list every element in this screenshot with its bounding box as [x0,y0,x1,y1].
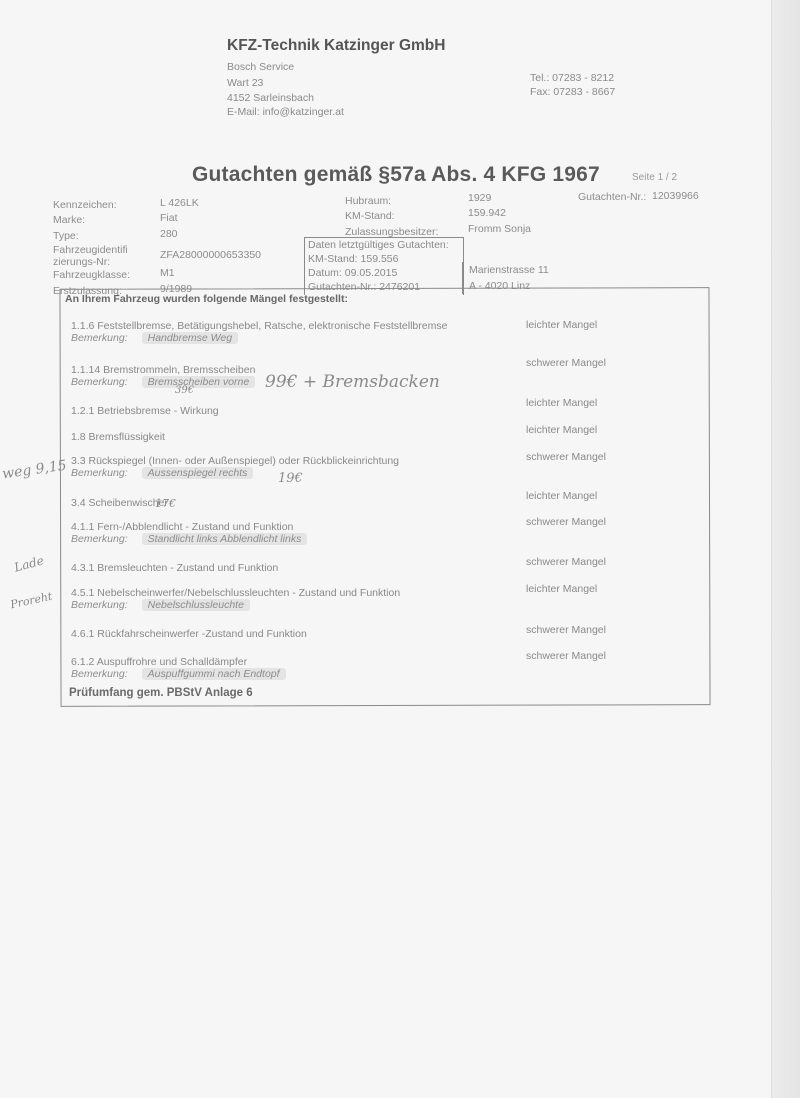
gutachten-nr: 12039966 [652,190,699,202]
type-value: 280 [160,228,178,240]
remark-value: Bremsscheiben vorne [142,376,256,388]
remark-value: Nebelschlussleuchte [142,599,250,611]
remark-value: Standlicht links Abblendlicht links [142,533,308,545]
remark-label: Bemerkung: [71,332,128,344]
defect-title: 1.2.1 Betriebsbremse - Wirkung [71,405,219,417]
owner-street: Marienstrasse 11 [469,264,549,276]
remark-label: Bemerkung: [71,533,128,545]
kennzeichen-value: L 426LK [160,197,199,209]
defect-severity: schwerer Mangel [526,357,606,369]
company-street: Wart 23 [227,77,263,89]
km-value: 159.942 [468,207,506,219]
defect-severity: leichter Mangel [526,424,597,436]
remark-value: Aussenspiegel rechts [142,467,254,479]
gutachten-nr-label: Gutachten-Nr.: [578,191,646,203]
company-fax: Fax: 07283 - 8667 [530,86,615,98]
defect-title: 1.1.14 Bremstrommeln, Bremsscheiben [71,364,255,376]
last-report-km: KM-Stand: 159.556 [305,252,463,266]
company-city: 4152 Sarleinsbach [227,92,314,104]
remark-label: Bemerkung: [71,376,128,388]
defect-remark: Bemerkung:Aussenspiegel rechts [71,467,253,479]
handwritten-margin-3: Proreht [9,590,53,612]
handwritten-margin-1: weg 9,15 [1,458,67,483]
defect-severity: leichter Mangel [526,583,597,595]
defect-severity: schwerer Mangel [526,624,606,636]
marke-label: Marke: [53,214,85,226]
company-name: KFZ-Technik Katzinger GmbH [227,37,445,55]
defects-heading: An Ihrem Fahrzeug wurden folgende Mängel… [65,293,348,305]
type-label: Type: [53,230,79,242]
pruefumfang-note: Prüfumfang gem. PBStV Anlage 6 [69,687,253,699]
remark-value: Auspuffgummi nach Endtopf [142,668,286,680]
fin-label-1: Fahrzeugidentifi [53,244,128,256]
handwritten-price-mirror: 19€ [278,471,303,486]
besitzer-value: Fromm Sonja [468,223,531,235]
handwritten-price-brakes: 99€ + Bremsbacken [265,372,440,392]
fin-value: ZFA28000000653350 [160,249,261,261]
defect-severity: schwerer Mangel [526,650,606,662]
page-edge [771,0,800,1098]
defect-title: 6.1.2 Auspuffrohre und Schalldämpfer [71,656,247,668]
company-subtitle: Bosch Service [227,61,294,73]
defect-remark: Bemerkung:Standlicht links Abblendlicht … [71,533,307,545]
remark-value: Handbremse Weg [142,332,238,344]
defect-severity: schwerer Mangel [526,556,606,568]
hubraum-value: 1929 [468,192,491,204]
marke-value: Fiat [160,212,178,224]
klasse-value: M1 [160,267,175,279]
defect-remark: Bemerkung:Auspuffgummi nach Endtopf [71,668,286,680]
defect-severity: leichter Mangel [526,319,597,331]
handwritten-price-discs: 39€ [175,385,194,396]
page-indicator: Seite 1 / 2 [632,172,677,183]
kennzeichen-label: Kennzeichen: [53,199,117,211]
defect-severity: leichter Mangel [526,397,597,409]
defect-remark: Bemerkung:Handbremse Weg [71,332,238,344]
handwritten-price-wiper: 17€ [155,497,176,510]
fin-label-2: zierungs-Nr: [53,256,110,268]
remark-label: Bemerkung: [71,668,128,680]
defect-title: 3.4 Scheibenwischer [71,497,168,509]
remark-label: Bemerkung: [71,599,128,611]
company-tel: Tel.: 07283 - 8212 [530,72,614,84]
hubraum-label: Hubraum: [345,195,391,207]
company-email: E-Mail: info@katzinger.at [227,106,344,118]
defect-title: 4.1.1 Fern-/Abblendlicht - Zustand und F… [71,521,293,533]
defect-title: 3.3 Rückspiegel (Innen- oder Außenspiege… [71,455,399,467]
defect-severity: schwerer Mangel [526,451,606,463]
defect-title: 4.3.1 Bremsleuchten - Zustand und Funkti… [71,562,278,574]
km-label: KM-Stand: [345,210,395,222]
remark-label: Bemerkung: [71,467,128,479]
handwritten-margin-2: Lade [13,553,46,574]
defect-title: 4.5.1 Nebelscheinwerfer/Nebelschlussleuc… [71,587,400,599]
defect-severity: schwerer Mangel [526,516,606,528]
last-report-date: Datum: 09.05.2015 [305,266,463,280]
defect-title: 1.1.6 Feststellbremse, Betätigungshebel,… [71,320,447,332]
defect-remark: Bemerkung:Nebelschlussleuchte [71,599,250,611]
last-report-box: Daten letztgültiges Gutachten: KM-Stand:… [304,237,464,295]
defect-remark: Bemerkung:Bremsscheiben vorne [71,376,255,388]
defect-title: 1.8 Bremsflüssigkeit [71,431,165,443]
defect-title: 4.6.1 Rückfahrscheinwerfer -Zustand und … [71,628,307,640]
defect-severity: leichter Mangel [526,490,597,502]
klasse-label: Fahrzeugklasse: [53,269,130,281]
document-title: Gutachten gemäß §57a Abs. 4 KFG 1967 [192,163,600,187]
last-report-heading: Daten letztgültiges Gutachten: [305,238,463,252]
